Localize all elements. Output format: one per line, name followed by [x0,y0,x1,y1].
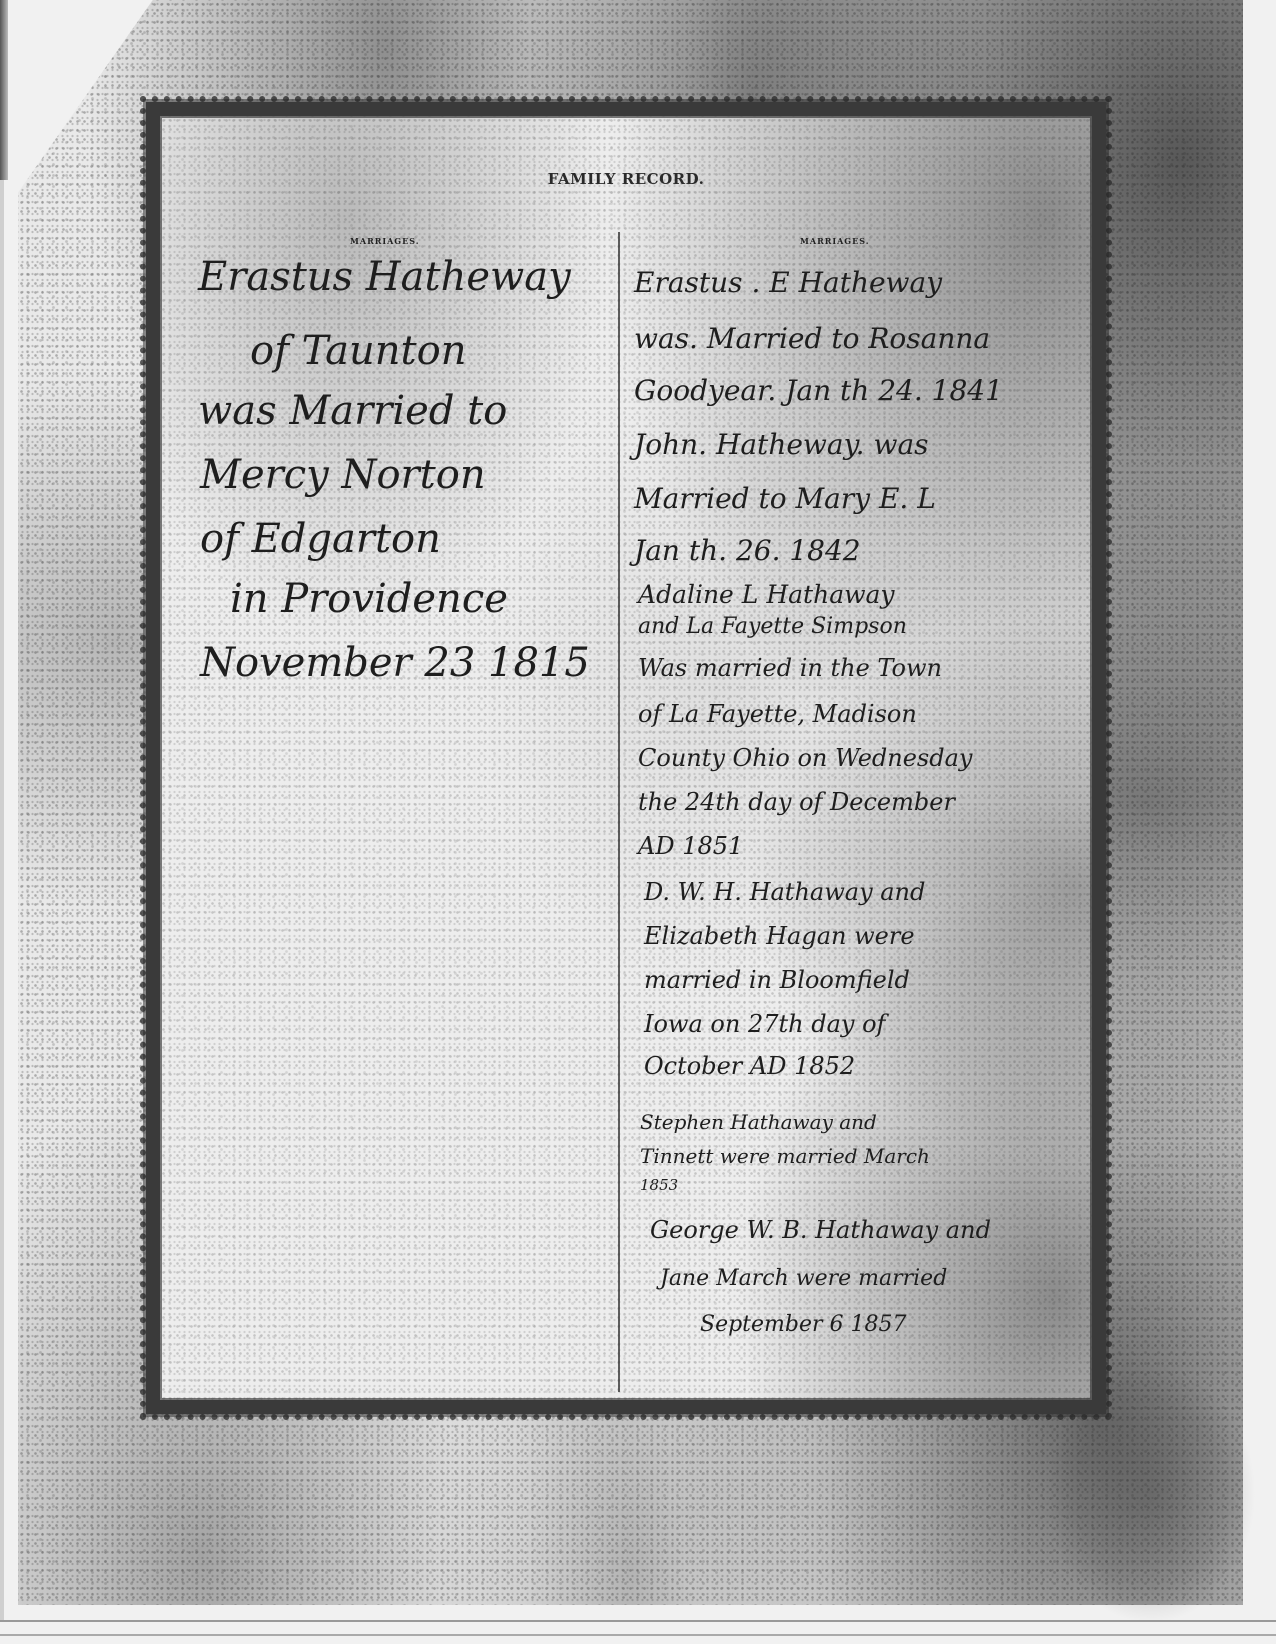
scanner-edge [0,0,8,180]
scanner-edge [0,180,4,1620]
stamp-seal [1046,1364,1256,1624]
scanner-edge [0,1620,1276,1622]
scanner-edge [0,1634,1276,1636]
decorative-border [146,102,1106,1414]
record-frame: FAMILY RECORD. MARRIAGES. MARRIAGES. Era… [146,102,1106,1414]
